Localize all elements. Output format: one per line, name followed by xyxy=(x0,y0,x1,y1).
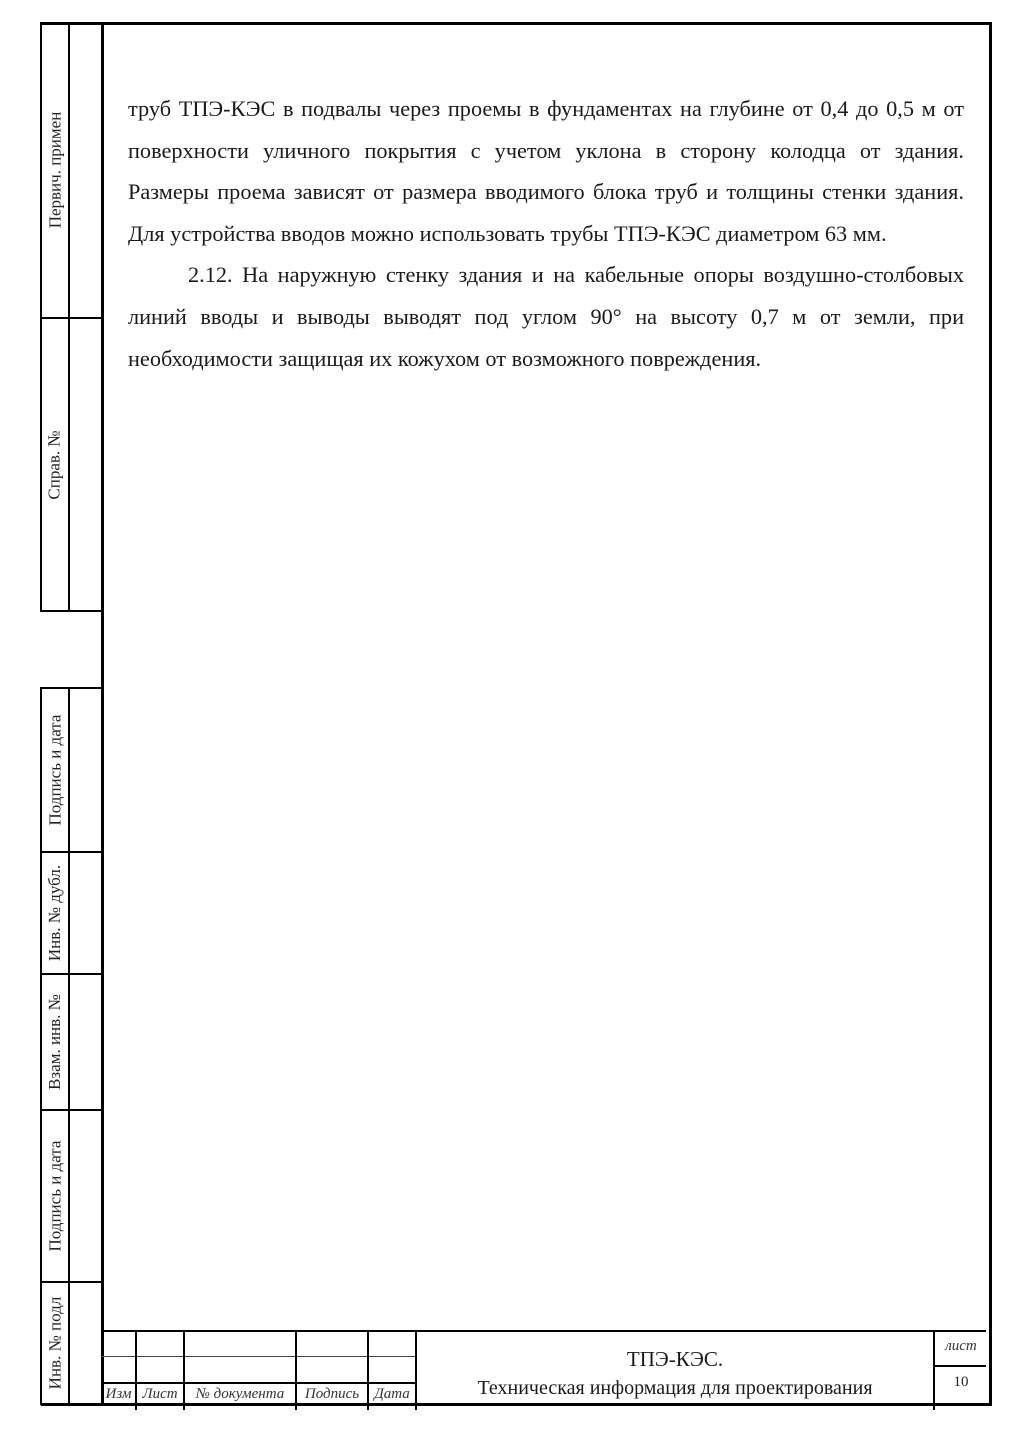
stamp-row-line xyxy=(101,1356,417,1357)
stamp-caption-izm: Изм xyxy=(102,1385,135,1404)
stamp-sheet-number: 10 xyxy=(936,1374,986,1391)
strip-label-perv-primen: Первич. примен xyxy=(41,22,69,318)
stamp-caption-doc-no: № документа xyxy=(185,1385,295,1404)
body-paragraph: труб ТПЭ-КЭС в подвалы через проемы в фу… xyxy=(128,88,964,254)
strip-label-text: Подпись и дата xyxy=(45,1141,65,1252)
frame-right-border xyxy=(989,22,992,1406)
stamp-col-5 xyxy=(415,1330,417,1410)
strip-label-inv-dubl: Инв. № дубл. xyxy=(41,852,69,974)
strip-label-inv-podl: Инв. № подл xyxy=(41,1282,69,1404)
document-body: труб ТПЭ-КЭС в подвалы через проемы в фу… xyxy=(128,88,964,379)
strip-label-text: Первич. примен xyxy=(45,112,65,229)
strip-label-text: Инв. № подл xyxy=(45,1297,65,1390)
strip-label-text: Инв. № дубл. xyxy=(45,865,65,961)
stamp-top-line xyxy=(101,1330,986,1332)
stamp-sheet-label: лист xyxy=(936,1338,986,1355)
stamp-doc-code: ТПЭ-КЭС. xyxy=(418,1347,932,1371)
strip-label-sprav-no: Справ. № xyxy=(41,318,69,611)
strip-label-text: Взам. инв. № xyxy=(45,994,65,1090)
stamp-caption-signature: Подпись xyxy=(297,1385,367,1404)
strip-label-podpis-data-2: Подпись и дата xyxy=(41,1110,69,1282)
stamp-caption-date: Дата xyxy=(369,1385,415,1404)
stamp-header-line xyxy=(101,1382,417,1384)
strip-label-vzam-inv: Взам. инв. № xyxy=(41,974,69,1110)
stamp-doc-title: Техническая информация для проектировани… xyxy=(418,1376,932,1403)
stamp-sheet-col xyxy=(933,1330,935,1410)
frame-top-border xyxy=(41,22,992,25)
stamp-sheet-divider xyxy=(933,1365,986,1367)
strip-label-podpis-data-1: Подпись и дата xyxy=(41,688,69,852)
strip-label-text: Справ. № xyxy=(45,430,65,499)
strip-label-text: Подпись и дата xyxy=(45,715,65,826)
body-paragraph-2-12: 2.12. На наружную стенку здания и на каб… xyxy=(128,254,964,379)
stamp-caption-list: Лист xyxy=(137,1385,183,1404)
frame-left-border xyxy=(101,22,104,1406)
